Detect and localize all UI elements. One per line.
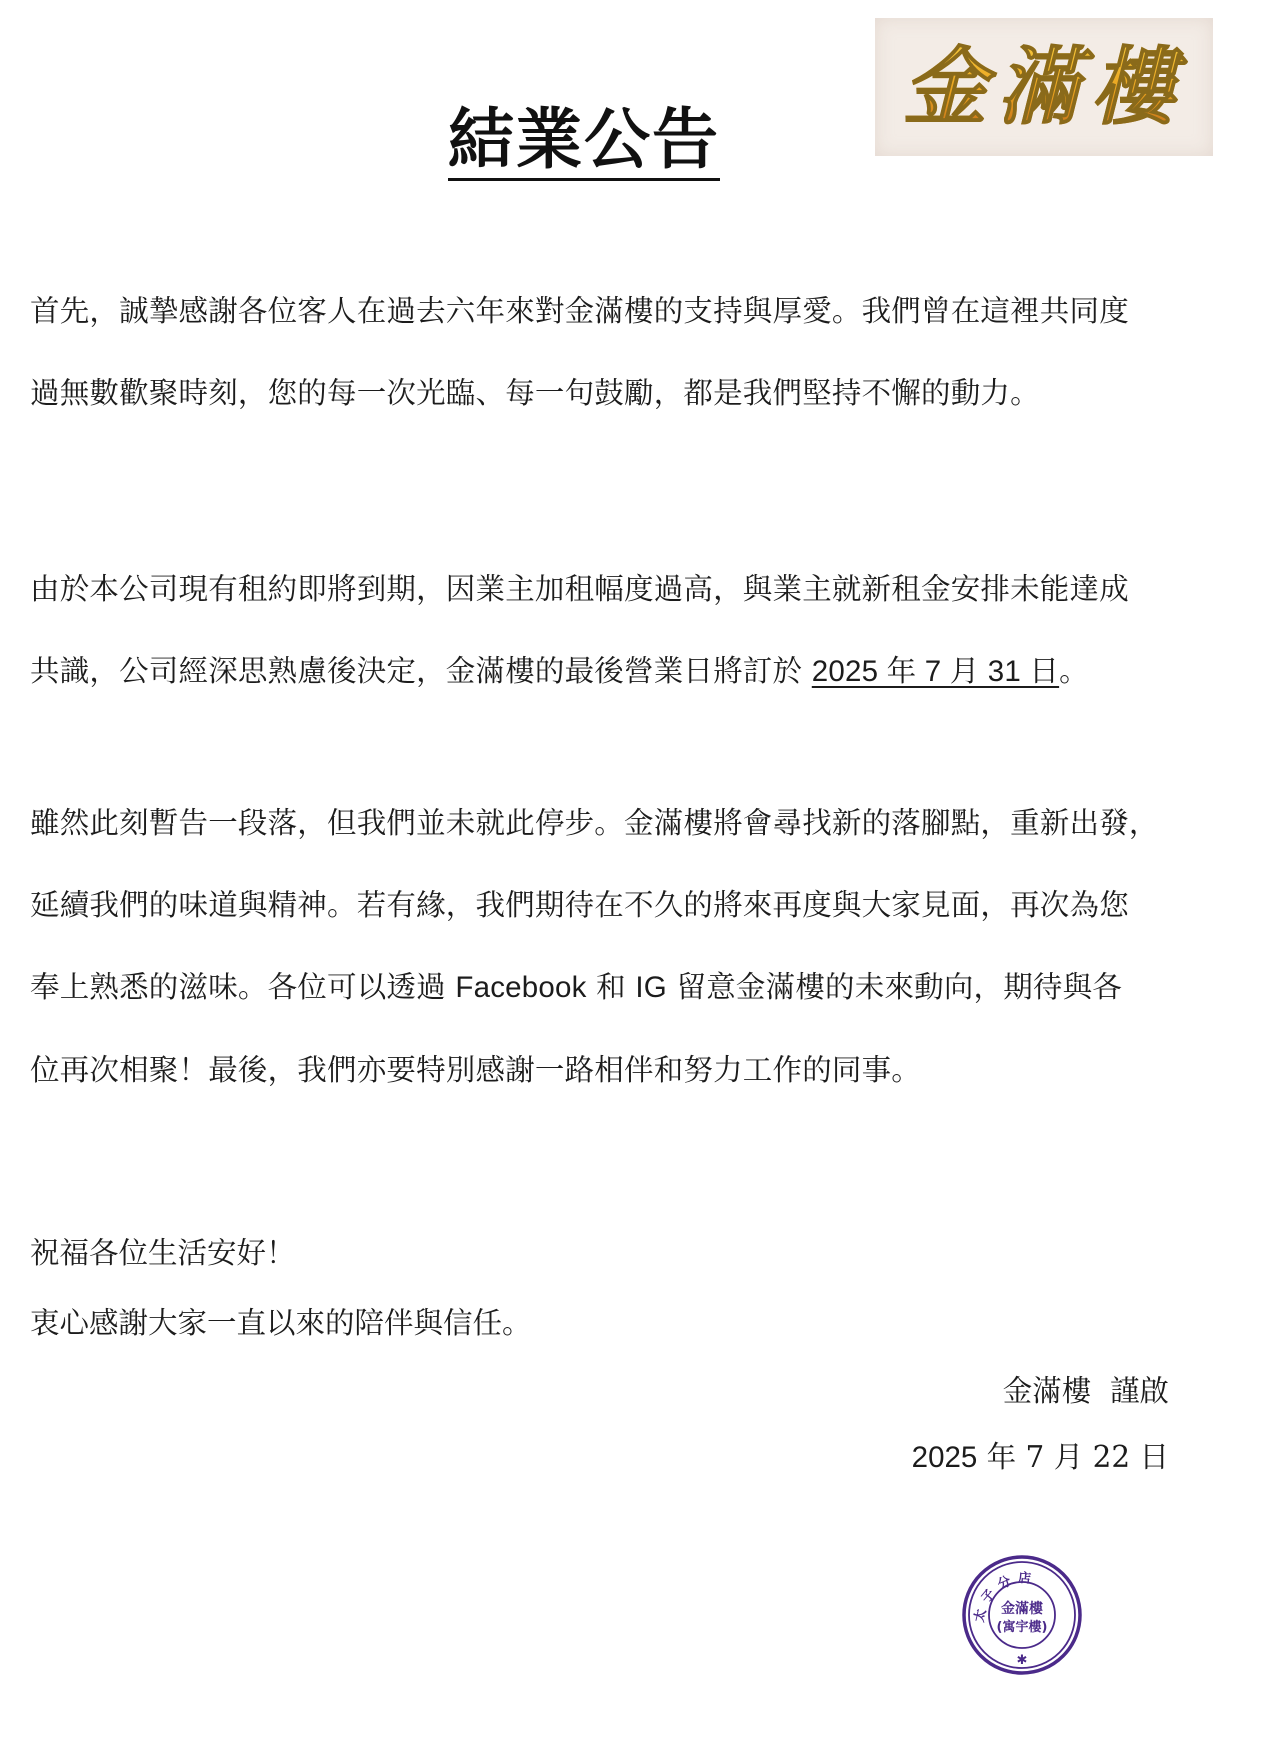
paragraph-closure-reason: 由於本公司現有租約即將到期，因業主加租幅度過高，與業主就新租金安排未能達成 共識… bbox=[30, 548, 1180, 713]
seal-center-line1: 金滿樓 bbox=[1001, 1600, 1044, 1617]
paragraph-line: 位再次相聚！最後，我們亦要特別感謝一路相伴和努力工作的同事。 bbox=[30, 1029, 1180, 1111]
company-seal: 太子分店 金滿樓 (寓宇樓) ✱ bbox=[960, 1553, 1084, 1677]
paragraph-line: 首先，誠摯感謝各位客人在過去六年來對金滿樓的支持與厚愛。我們曾在這裡共同度 bbox=[30, 270, 1180, 352]
seal-center-line2: (寓宇樓) bbox=[997, 1619, 1048, 1635]
facebook-mention: Facebook bbox=[455, 971, 586, 1004]
closing-remarks: 祝福各位生活安好！ 衷心感謝大家一直以來的陪伴與信任。 bbox=[30, 1218, 532, 1358]
closure-text-prefix: 共識，公司經深思熟慮後決定，金滿樓的最後營業日將訂於 bbox=[30, 654, 812, 688]
paragraph-line: 由於本公司現有租約即將到期，因業主加租幅度過高，與業主就新租金安排未能達成 bbox=[30, 548, 1180, 630]
signature-date-year: 2025 bbox=[912, 1441, 978, 1474]
paragraph-line: 奉上熟悉的滋味。各位可以透過 Facebook 和 IG 留意金滿樓的未來動向，… bbox=[30, 946, 1180, 1029]
seal-star-mark: ✱ bbox=[1017, 1653, 1028, 1668]
signature-name: 金滿樓 謹啟 bbox=[912, 1358, 1169, 1424]
signature-date: 2025 年 7 月 22 日 bbox=[912, 1424, 1169, 1491]
signature-date-rest: 年 7 月 22 日 bbox=[977, 1440, 1169, 1474]
paragraph-gratitude: 首先，誠摯感謝各位客人在過去六年來對金滿樓的支持與厚愛。我們曾在這裡共同度 過無… bbox=[30, 270, 1180, 434]
paragraph-future-plans: 雖然此刻暫告一段落，但我們並未就此停步。金滿樓將會尋找新的落腳點，重新出發， 延… bbox=[30, 782, 1180, 1111]
seal-icon: 太子分店 金滿樓 (寓宇樓) ✱ bbox=[960, 1553, 1084, 1677]
ig-mention: IG bbox=[635, 971, 667, 1004]
social-text-prefix: 奉上熟悉的滋味。各位可以透過 bbox=[30, 970, 455, 1004]
paragraph-line: 共識，公司經深思熟慮後決定，金滿樓的最後營業日將訂於 2025 年 7 月 31… bbox=[30, 630, 1180, 713]
restaurant-logo: 金滿樓 bbox=[875, 18, 1213, 156]
closure-text-suffix: 。 bbox=[1059, 654, 1089, 688]
paragraph-line: 延續我們的味道與精神。若有緣，我們期待在不久的將來再度與大家見面，再次為您 bbox=[30, 864, 1180, 946]
paragraph-line: 雖然此刻暫告一段落，但我們並未就此停步。金滿樓將會尋找新的落腳點，重新出發， bbox=[30, 782, 1180, 864]
page-title: 結業公告 bbox=[448, 102, 720, 181]
signature-block: 金滿樓 謹啟 2025 年 7 月 22 日 bbox=[912, 1358, 1169, 1491]
social-text-suffix: 留意金滿樓的未來動向，期待與各 bbox=[667, 970, 1122, 1004]
last-business-day: 2025 年 7 月 31 日 bbox=[812, 655, 1059, 688]
closing-line: 衷心感謝大家一直以來的陪伴與信任。 bbox=[30, 1288, 532, 1358]
logo-text: 金滿樓 bbox=[903, 45, 1185, 129]
closing-line: 祝福各位生活安好！ bbox=[30, 1218, 532, 1288]
paragraph-line: 過無數歡聚時刻，您的每一次光臨、每一句鼓勵，都是我們堅持不懈的動力。 bbox=[30, 352, 1180, 434]
social-text-mid: 和 bbox=[587, 970, 636, 1004]
